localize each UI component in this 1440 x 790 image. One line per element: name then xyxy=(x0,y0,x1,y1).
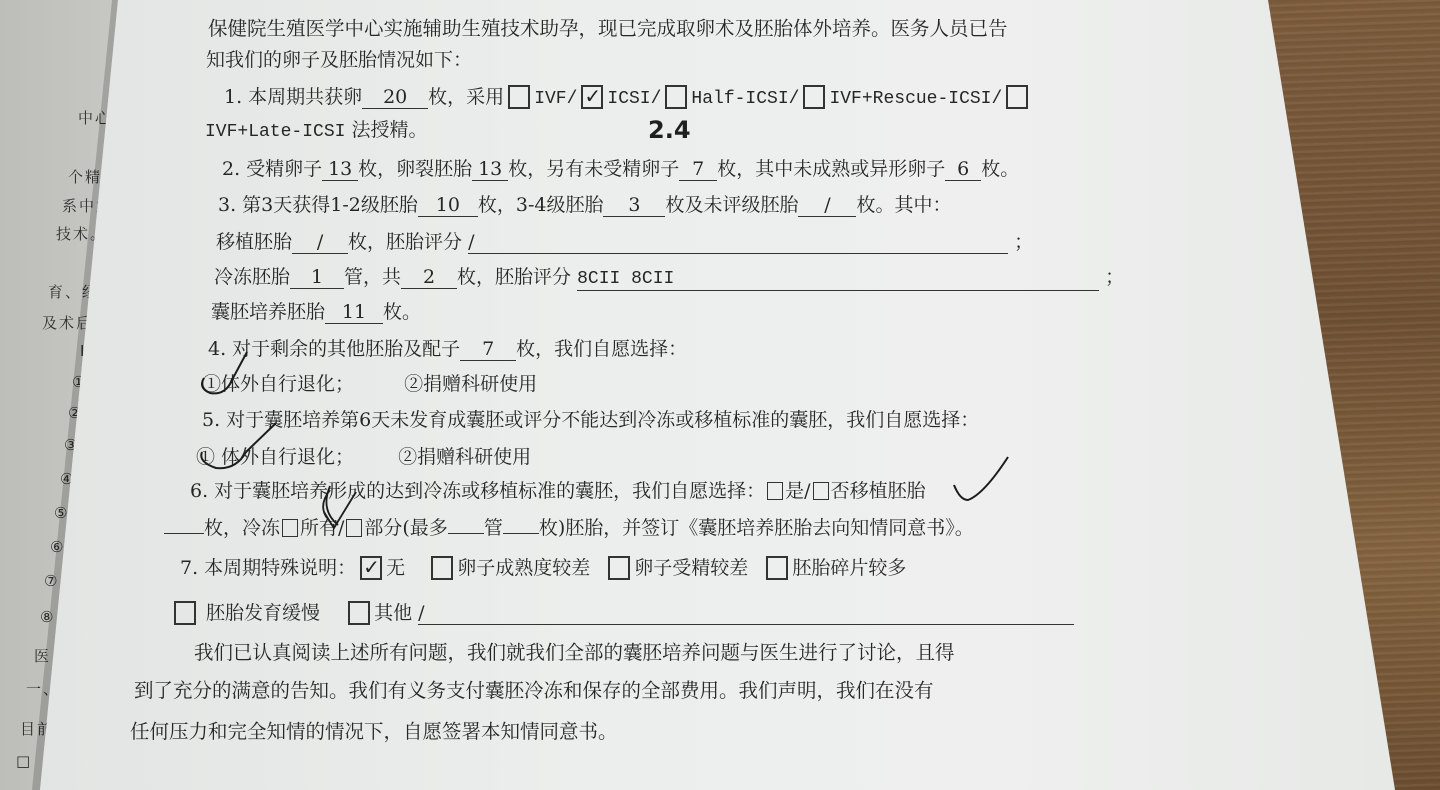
item-2-text-5: 枚。 xyxy=(981,158,1019,180)
item-6-line-1: 6. 对于囊胚培养形成的达到冷冻或移植标准的囊胚，我们自愿选择：是/否移植胚胎 xyxy=(190,478,926,504)
item-5-options: ① 体外自行退化； ②捐赠科研使用 xyxy=(196,444,531,470)
frozen-score-field[interactable]: 8CII 8CII xyxy=(577,268,1099,291)
transfer-no-checkbox[interactable] xyxy=(813,482,829,500)
checkmark-icon: ✓ xyxy=(584,83,601,109)
other-label: 其他 xyxy=(374,602,412,624)
underlying-page-text: □ xyxy=(16,752,32,770)
item-4-line: 4. 对于剩余的其他胚胎及配子7枚，我们自愿选择： xyxy=(208,336,687,362)
handwritten-note: 2.4 xyxy=(648,116,691,144)
frozen-mid-1: 管，共 xyxy=(344,266,401,288)
icsi-checkbox[interactable]: ✓ xyxy=(581,85,603,109)
closing-line-3: 任何压力和完全知情的情况下，自愿签署本知情同意书。 xyxy=(130,719,618,745)
blastocyst-label: 囊胚培养胚胎 xyxy=(211,301,325,323)
item-4-option-degrade[interactable]: ①体外自行退化； xyxy=(202,373,354,395)
intro-line-2: 知我们的卵子及胚胎情况如下： xyxy=(206,47,472,73)
blastocyst-end: 枚。 xyxy=(383,301,421,323)
grade-1-2-field[interactable]: 10 xyxy=(418,194,478,217)
item-4-text-2: 枚，我们自愿选择： xyxy=(516,338,687,360)
transfer-mid: 枚，胚胎评分 xyxy=(348,231,462,253)
freeze-all-label: 所有/ xyxy=(300,517,344,539)
frozen-label: 冷冻胚胎 xyxy=(214,266,290,288)
cleaved-embryos-field[interactable]: 13 xyxy=(472,158,508,181)
item-5-option-donate[interactable]: ②捐赠科研使用 xyxy=(398,446,531,468)
frozen-count-field[interactable]: 2 xyxy=(401,266,457,289)
slow-development-label: 胚胎发育缓慢 xyxy=(206,602,320,624)
intro-line-1: 保健院生殖医学中心实施辅助生殖技术助孕，现已完成取卵术及胚胎体外培养。医务人员已… xyxy=(208,16,1008,42)
other-checkbox[interactable] xyxy=(348,601,370,625)
late-icsi-checkbox[interactable] xyxy=(1006,85,1028,109)
egg-maturity-label: 卵子成熟度较差 xyxy=(457,557,590,579)
remaining-count-field[interactable]: 7 xyxy=(460,338,516,361)
checkmark-icon: ✓ xyxy=(363,554,380,580)
special-none-checkbox[interactable]: ✓ xyxy=(360,556,382,580)
closing-line-2: 到了充分的满意的告知。我们有义务支付囊胚冷冻和保存的全部费用。我们声明，我们在没… xyxy=(134,678,934,704)
frozen-mid-2: 枚，胚胎评分 xyxy=(457,266,571,288)
transfer-line: 移植胚胎/枚，胚胎评分 / ； xyxy=(216,229,1033,255)
item-3-text-4: 枚。其中： xyxy=(856,194,951,216)
blastocyst-line: 囊胚培养胚胎11枚。 xyxy=(211,299,421,325)
freeze-all-checkbox[interactable] xyxy=(282,519,298,537)
item-6-line-2: 枚，冷冻所有/部分(最多管枚)胚胎，并签订《囊胚培养胚胎去向知情同意书》。 xyxy=(164,515,974,541)
transfer-label: 移植胚胎 xyxy=(216,231,292,253)
transfer-count-blank[interactable] xyxy=(164,533,204,534)
item-5-option-degrade[interactable]: ① 体外自行退化； xyxy=(196,446,354,468)
max-tubes-blank[interactable] xyxy=(448,533,484,534)
item-1-mid: 枚，采用 xyxy=(428,86,504,108)
transfer-yes-checkbox[interactable] xyxy=(767,482,783,500)
item-5-line: 5. 对于囊胚培养第6天未发育成囊胚或评分不能达到冷冻或移植标准的囊胚，我们自愿… xyxy=(202,407,979,433)
item-7-line-2: 胚胎发育缓慢 其他 / xyxy=(170,600,1074,626)
item-7-line-1: 7. 本周期特殊说明：✓无 卵子成熟度较差 卵子受精较差 胚胎碎片较多 xyxy=(180,555,906,581)
item-6-text: 6. 对于囊胚培养形成的达到冷冻或移植标准的囊胚，我们自愿选择： xyxy=(190,480,765,502)
item-2: 2. 受精卵子13枚，卵裂胚胎13枚，另有未受精卵子7枚，其中未成熟或异形卵子6… xyxy=(222,156,1019,182)
consent-form-page: 保健院生殖医学中心实施辅助生殖技术助孕，现已完成取卵术及胚胎体外培养。医务人员已… xyxy=(0,0,1440,790)
tubes-label: 管 xyxy=(484,517,503,539)
item-2-text-4: 枚，其中未成熟或异形卵子 xyxy=(717,158,945,180)
item-1-prefix: 1. 本周期共获卵 xyxy=(224,86,362,108)
item-3-text-2: 枚，3-4级胚胎 xyxy=(478,194,604,216)
fragmentation-label: 胚胎碎片较多 xyxy=(792,557,906,579)
rescue-icsi-checkbox[interactable] xyxy=(803,85,825,109)
freeze-label: 枚，冷冻 xyxy=(204,517,280,539)
egg-maturity-checkbox[interactable] xyxy=(431,556,453,580)
fertilization-checkbox[interactable] xyxy=(608,556,630,580)
slow-development-checkbox[interactable] xyxy=(174,601,196,625)
frozen-line: 冷冻胚胎1管，共2枚，胚胎评分 8CII 8CII ； xyxy=(214,264,1124,291)
item-1-line-2: IVF+Late-ICSI 法授精。 xyxy=(205,117,428,145)
item-4-option-donate[interactable]: ②捐赠科研使用 xyxy=(404,373,537,395)
eggs-retrieved-field[interactable]: 20 xyxy=(362,86,428,109)
fragmentation-checkbox[interactable] xyxy=(766,556,788,580)
immature-eggs-field[interactable]: 6 xyxy=(945,158,981,181)
blastocyst-count-field[interactable]: 11 xyxy=(325,301,383,324)
ungraded-field[interactable]: / xyxy=(798,194,856,217)
grade-3-4-field[interactable]: 3 xyxy=(603,194,665,217)
rescue-icsi-label: IVF+Rescue-ICSI/ xyxy=(829,89,1002,109)
freeze-part-checkbox[interactable] xyxy=(346,519,362,537)
item-3-text-3: 枚及未评级胚胎 xyxy=(665,194,798,216)
max-count-blank[interactable] xyxy=(503,533,539,534)
unfertilized-eggs-field[interactable]: 7 xyxy=(679,158,717,181)
transfer-yes-label: 是/ xyxy=(785,480,810,502)
half-icsi-checkbox[interactable] xyxy=(665,85,687,109)
item-6-end: 枚)胚胎，并签订《囊胚培养胚胎去向知情同意书》。 xyxy=(539,517,974,539)
freeze-part-label: 部分(最多 xyxy=(364,517,447,539)
item-4-text-1: 4. 对于剩余的其他胚胎及配子 xyxy=(208,338,460,360)
item-1-line-1: 1. 本周期共获卵20枚，采用IVF/✓ICSI/Half-ICSI/IVF+R… xyxy=(224,84,1032,112)
item-4-options: ①体外自行退化； ②捐赠科研使用 xyxy=(202,371,537,397)
closing-line-1: 我们已认真阅读上述所有问题，我们就我们全部的囊胚培养问题与医生进行了讨论，且得 xyxy=(194,640,955,666)
item-7-label: 7. 本周期特殊说明： xyxy=(180,557,356,579)
fertilization-label: 卵子受精较差 xyxy=(634,557,748,579)
item-1-suffix: 法授精。 xyxy=(351,119,427,141)
transfer-count-field[interactable]: / xyxy=(292,231,348,254)
transfer-no-label: 否移植胚胎 xyxy=(831,480,926,502)
ivf-label: IVF/ xyxy=(534,89,577,109)
transfer-end: ； xyxy=(1014,231,1033,253)
late-icsi-label: IVF+Late-ICSI xyxy=(205,122,345,142)
ivf-checkbox[interactable] xyxy=(508,85,530,109)
icsi-label: ICSI/ xyxy=(607,89,661,109)
frozen-tubes-field[interactable]: 1 xyxy=(290,266,344,289)
item-3-text-1: 3. 第3天获得1-2级胚胎 xyxy=(218,194,418,216)
fertilized-eggs-field[interactable]: 13 xyxy=(322,158,358,181)
frozen-end: ； xyxy=(1105,266,1124,288)
transfer-score-field[interactable]: / xyxy=(468,231,1008,254)
half-icsi-label: Half-ICSI/ xyxy=(691,89,799,109)
item-2-text-2: 枚，卵裂胚胎 xyxy=(358,158,472,180)
item-2-text-3: 枚，另有未受精卵子 xyxy=(508,158,679,180)
special-none-label: 无 xyxy=(386,557,405,579)
item-3-line-1: 3. 第3天获得1-2级胚胎10枚，3-4级胚胎3枚及未评级胚胎/枚。其中： xyxy=(218,192,952,218)
item-2-text-1: 2. 受精卵子 xyxy=(222,158,322,180)
other-field[interactable]: / xyxy=(418,602,1074,625)
